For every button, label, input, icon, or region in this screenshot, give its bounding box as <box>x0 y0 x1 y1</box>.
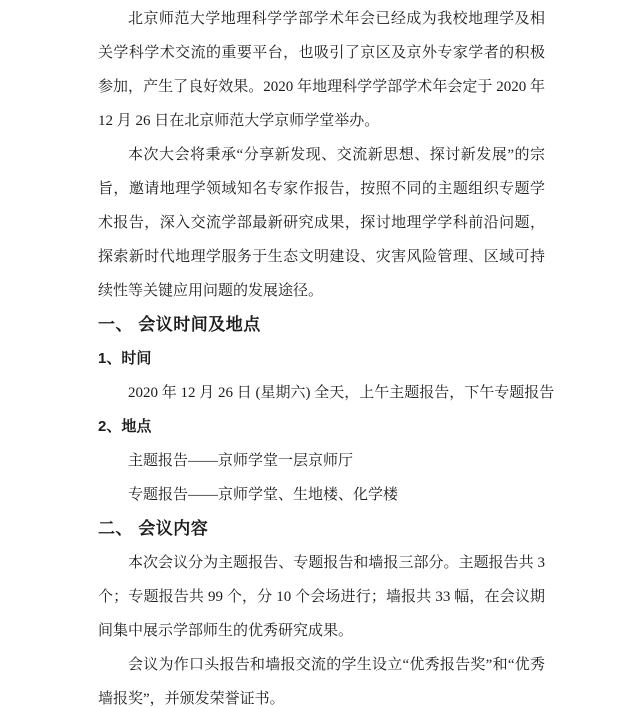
award-paragraph: 会议为作口头报告和墙报交流的学生设立“优秀报告奖”和“优秀墙报奖”，并颁发荣誉证… <box>98 648 545 708</box>
document-page: 北京师范大学地理科学学部学术年会已经成为我校地理学及相关学科学术交流的重要平台，… <box>0 0 640 708</box>
place-special-report-line: 专题报告——京师学堂、生地楼、化学楼 <box>98 478 545 512</box>
intro-paragraph: 北京师范大学地理科学学部学术年会已经成为我校地理学及相关学科学术交流的重要平台，… <box>98 2 545 138</box>
content-paragraph: 本次会议分为主题报告、专题报告和墙报三部分。主题报告共 3 个；专题报告共 99… <box>98 546 545 648</box>
place-main-report-line: 主题报告——京师学堂一层京师厅 <box>98 444 545 478</box>
subheading-time: 1、时间 <box>98 342 545 376</box>
subheading-place: 2、地点 <box>98 410 545 444</box>
section-heading-content: 二、 会议内容 <box>98 512 545 546</box>
purpose-paragraph: 本次大会将秉承“分享新发现、交流新思想、探讨新发展”的宗旨，邀请地理学领域知名专… <box>98 138 545 308</box>
time-value-line: 2020 年 12 月 26 日 (星期六) 全天，上午主题报告，下午专题报告 <box>98 376 545 410</box>
section-heading-time-place: 一、 会议时间及地点 <box>98 308 545 342</box>
